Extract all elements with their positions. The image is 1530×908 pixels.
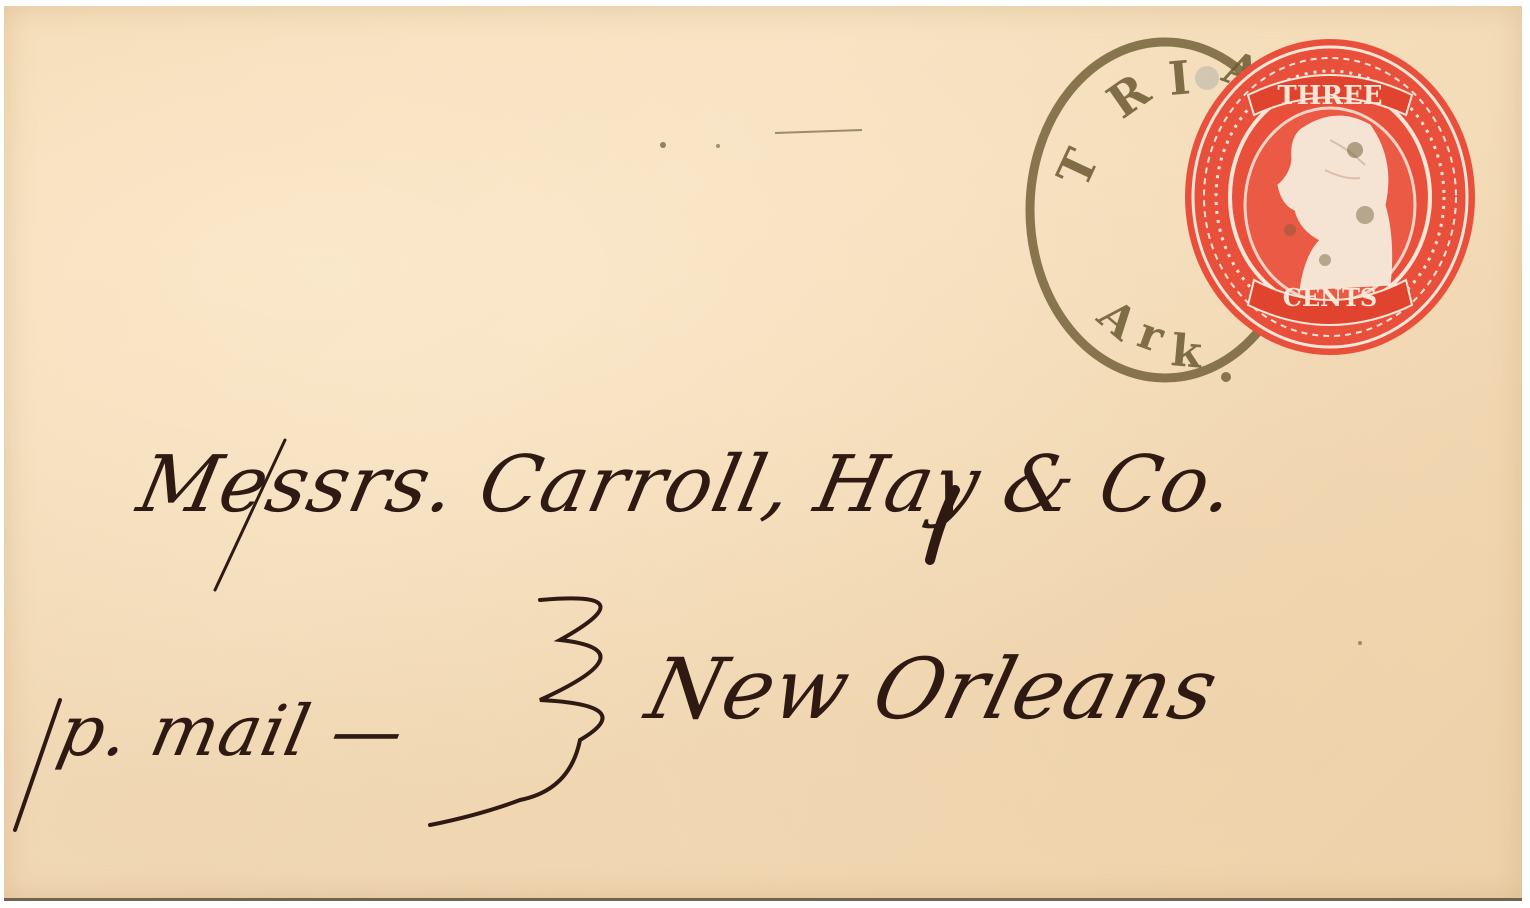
- postmark-town-letter: T: [1046, 141, 1109, 195]
- stamp-bottom-text: CENTS: [1283, 283, 1378, 312]
- address-line-routing: p. mail —: [51, 690, 412, 772]
- address-line-recipient: Messrs. Carroll, Hay & Co.: [130, 440, 1243, 530]
- stamp-top-text: THREE: [1277, 81, 1382, 111]
- punch-hole: [1195, 66, 1219, 90]
- embossed-stamp: THREE CENTS: [1185, 39, 1475, 355]
- postmark-town-letter: R: [1097, 62, 1160, 129]
- address-line-city: New Orleans: [638, 640, 1228, 738]
- postmark-town-letter: I: [1166, 50, 1192, 106]
- postmark-state-letter: k: [1169, 325, 1205, 379]
